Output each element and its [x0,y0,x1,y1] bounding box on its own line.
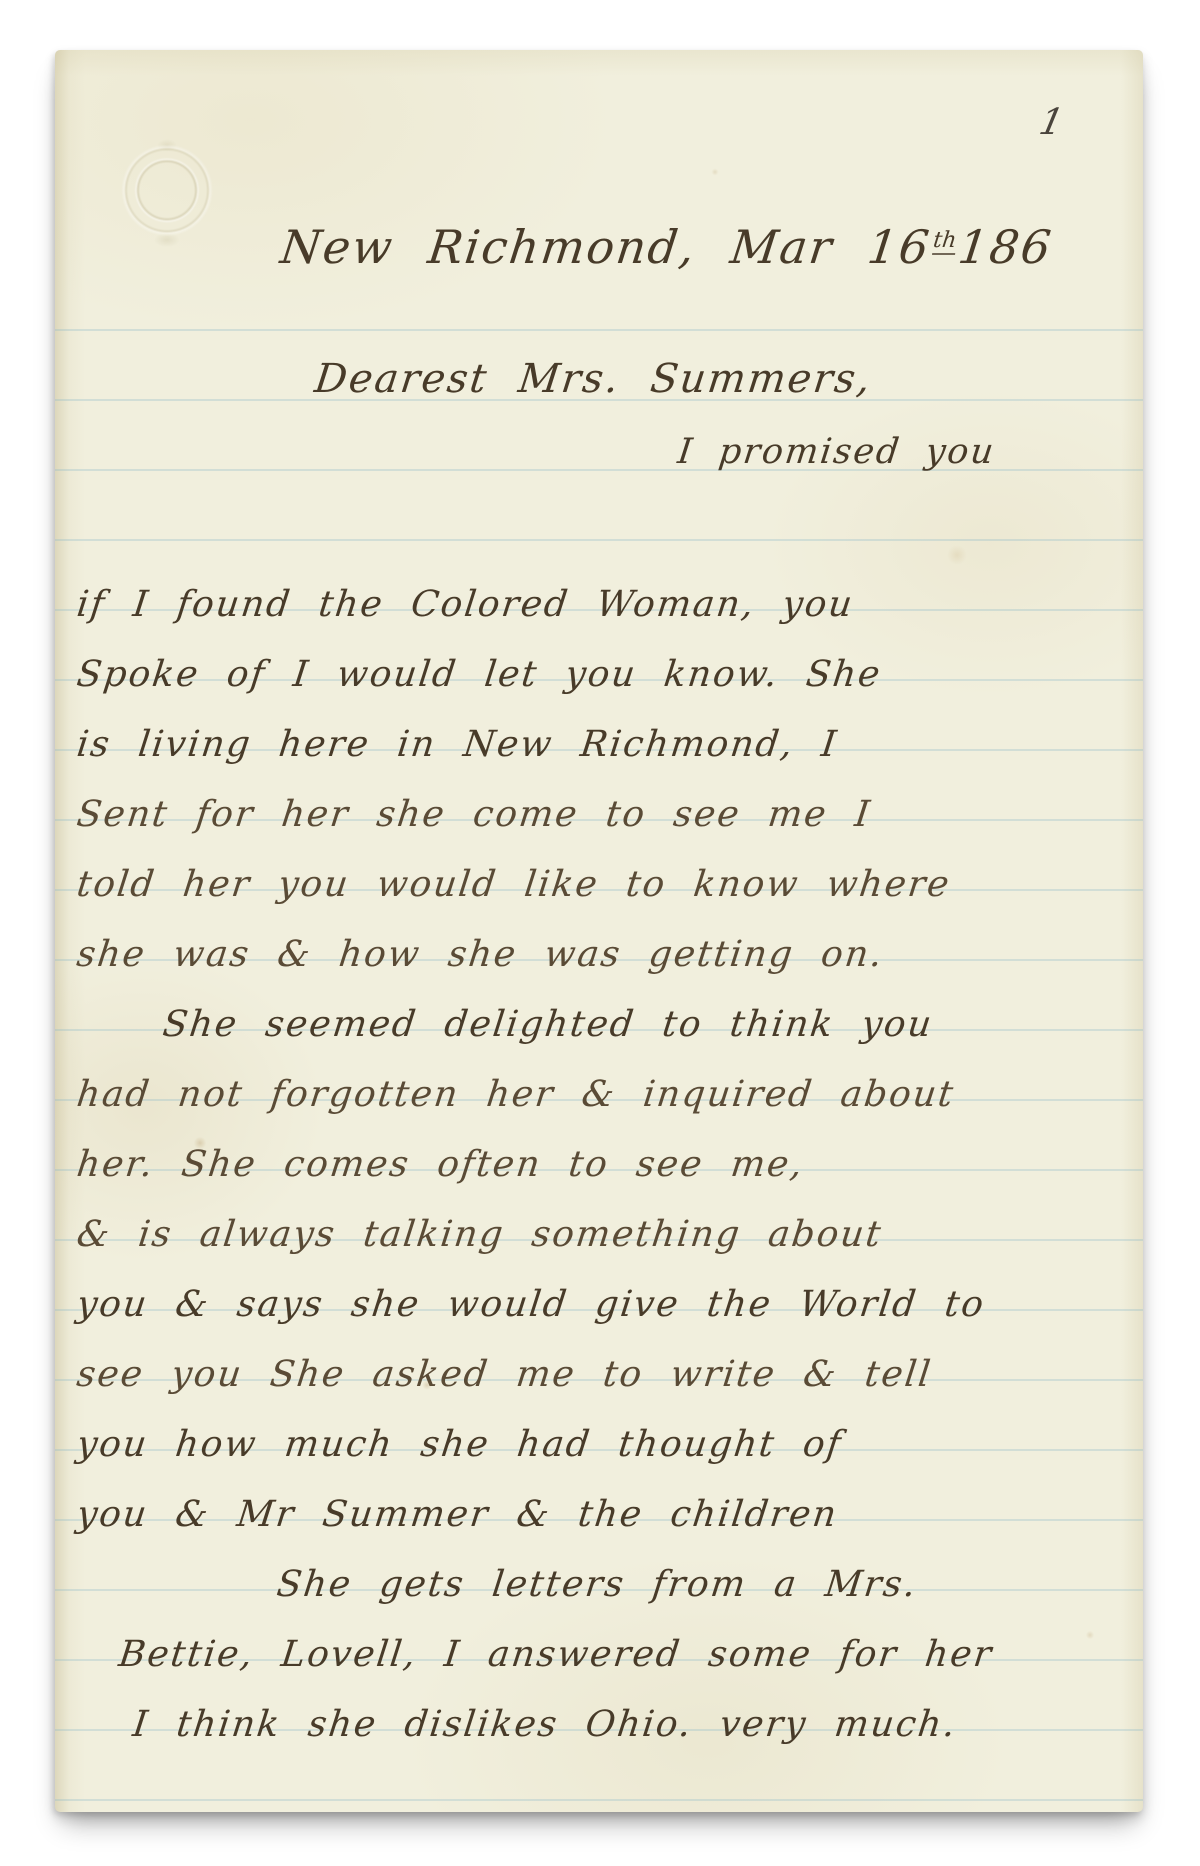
letter-line: you how much she had thought of [73,1410,1108,1480]
letter-photo: 1 New Richmond, Mar 16th186 Dearest Mrs.… [0,0,1200,1866]
letter-line: her. She comes often to see me, [73,1130,1108,1200]
embossed-stationery-crest [115,136,219,254]
letter-body: if I found the Colored Woman, you Spoke … [77,570,1103,1760]
dateline-year: 186 [955,220,1055,274]
letter-line: She gets letters from a Mrs. [73,1550,1108,1620]
letter-line: Spoke of I would let you know. She [73,640,1108,710]
letter-line: see you She asked me to write & tell [73,1340,1108,1410]
dateline-place-date: New Richmond, Mar 16 [278,220,934,274]
letter-line: is living here in New Richmond, I [73,710,1108,780]
dateline-ordinal: th [932,228,958,255]
page-number: 1 [1036,102,1068,143]
salutation: Dearest Mrs. Summers, [312,356,874,402]
letter-line: you & Mr Summer & the children [73,1480,1108,1550]
letter-line: I think she dislikes Ohio. very much. [73,1690,1108,1760]
dateline: New Richmond, Mar 16th186 [278,220,1056,274]
letter-line: if I found the Colored Woman, you [73,570,1108,640]
letter-line: Bettie, Lovell, I answered some for her [73,1620,1108,1690]
letter-line: told her you would like to know where [73,850,1108,920]
letter-line: you & says she would give the World to [73,1270,1108,1340]
letter-line: She seemed delighted to think you [73,990,1108,1060]
letter-line: & is always talking something about [73,1200,1108,1270]
letter-page: 1 New Richmond, Mar 16th186 Dearest Mrs.… [55,50,1143,1812]
letter-line: Sent for her she come to see me I [73,780,1108,850]
letter-line: she was & how she was getting on. [73,920,1108,990]
opening-phrase: I promised you [675,432,997,472]
letter-line: had not forgotten her & inquired about [73,1060,1108,1130]
